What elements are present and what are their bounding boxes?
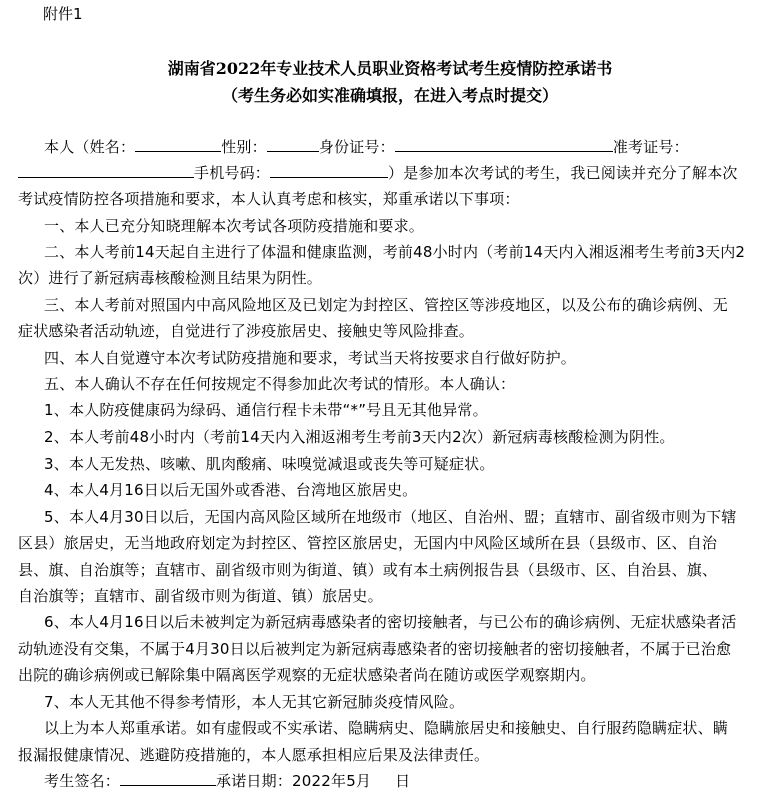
attachment-label: 附件1 xyxy=(43,4,83,24)
item-2-line-1: 二、本人考前14天起自主进行了体温和健康监测，考前48小时内（考前14天内入湘返… xyxy=(44,242,764,262)
item-3-line-2: 症状感染者活动轨迹，自觉进行了涉疫旅居史、接触史等风险排查。 xyxy=(18,321,764,341)
item-4: 四、本人自觉遵守本次考试防疫措施和要求，考试当天将按要求自行做好防护。 xyxy=(44,348,764,368)
signature-label: 考生签名： xyxy=(44,772,120,790)
id-label: 身份证号： xyxy=(319,138,395,156)
id-number-field[interactable] xyxy=(395,137,613,152)
document-title: 湖南省2022年专业技术人员职业资格考试考生疫情防控承诺书 xyxy=(0,58,780,80)
sub-item-5-line-1: 5、本人4月30日以后，无国内高风险区域所在地级市（地区、自治州、盟；直辖市、副… xyxy=(44,507,764,527)
document-subtitle: （考生务必如实准确填报，在进入考点时提交） xyxy=(0,85,780,107)
sub-item-2: 2、本人考前48小时内（考前14天内入湘返湘考生考前3天内2次）新冠病毒核酸检测… xyxy=(44,427,764,447)
sub-item-3: 3、本人无发热、咳嗽、肌肉酸痛、味嗅觉减退或丧失等可疑症状。 xyxy=(44,454,764,474)
form-line-2: 手机号码：）是参加本次考试的考生，我已阅读并充分了解本次 xyxy=(18,163,764,183)
closing-line-2: 报漏报健康情况、逃避防疫措施的，本人愿承担相应后果及法律责任。 xyxy=(18,745,764,765)
phone-label: 手机号码： xyxy=(194,164,270,182)
phone-field[interactable] xyxy=(270,163,388,178)
form-line-1: 本人（姓名：性别：身份证号：准考证号： xyxy=(44,137,764,157)
sub-item-5-line-2: 区县）旅居史，无当地政府划定为封控区、管控区旅居史，无国内中风险区域所在县（县级… xyxy=(18,533,764,553)
sub-item-4: 4、本人4月16日以后无国外或香港、台湾地区旅居史。 xyxy=(44,480,764,500)
gender-field[interactable] xyxy=(267,137,319,152)
sub-item-6-line-3: 出院的确诊病例或已解除集中隔离医学观察的无症状感染者尚在随访或医学观察期内。 xyxy=(18,665,764,685)
gender-label: 性别： xyxy=(221,138,267,156)
item-1: 一、本人已充分知晓理解本次考试各项防疫措施和要求。 xyxy=(44,216,764,236)
signature-field[interactable] xyxy=(120,771,216,786)
item-2-line-2: 次）进行了新冠病毒核酸检测且结果为阴性。 xyxy=(18,268,764,288)
sub-item-5-line-4: 自治旗等；直辖市、副省级市则为街道、镇）旅居史。 xyxy=(18,586,764,606)
sub-item-7: 7、本人无其他不得参考情形，本人无其它新冠肺炎疫情风险。 xyxy=(44,692,764,712)
date-label: 承诺日期：2022年5月 xyxy=(216,772,371,790)
item-5: 五、本人确认不存在任何按规定不得参加此次考试的情形。本人确认： xyxy=(44,374,764,394)
name-field[interactable] xyxy=(135,137,221,152)
sub-item-5-line-3: 县、旗、自治旗等；直辖市、副省级市则为街道、镇）或有本土病例报告县（县级市、区、… xyxy=(18,560,764,580)
sub-item-6-line-2: 动轨迹没有交集，不属于4月30日以后被判定为新冠病毒感染者的密切接触者的密切接触… xyxy=(18,639,764,659)
form-line-3: 考试疫情防控各项措施和要求，本人认真考虑和核实，郑重承诺以下事项： xyxy=(18,189,764,209)
item-3-line-1: 三、本人考前对照国内中高风险地区及已划定为封控区、管控区等涉疫地区，以及公布的确… xyxy=(44,295,764,315)
sub-item-6-line-1: 6、本人4月16日以后未被判定为新冠病毒感染者的密切接触者，与已公布的确诊病例、… xyxy=(44,612,764,632)
ticket-label: 准考证号： xyxy=(613,138,689,156)
signature-line: 考生签名：承诺日期：2022年5月日 xyxy=(44,771,764,791)
ticket-number-field[interactable] xyxy=(18,163,194,178)
intro-suffix: ）是参加本次考试的考生，我已阅读并充分了解本次 xyxy=(388,164,738,182)
day-label: 日 xyxy=(395,772,410,790)
sub-item-1: 1、本人防疫健康码为绿码、通信行程卡未带“*”号且无其他异常。 xyxy=(44,400,764,420)
closing-line-1: 以上为本人郑重承诺。如有虚假或不实承诺、隐瞒病史、隐瞒旅居史和接触史、自行服药隐… xyxy=(44,718,764,738)
intro-prefix: 本人（姓名： xyxy=(44,138,135,156)
